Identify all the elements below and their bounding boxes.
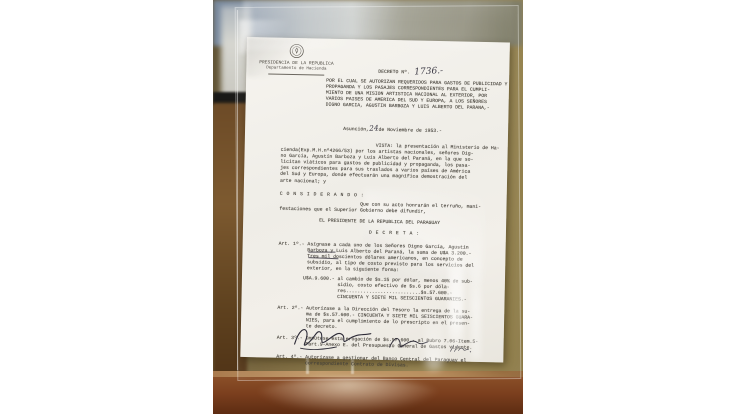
decree-document: PRESIDENCIA DE LA REPUBLICA Departamento… [240, 37, 510, 362]
signature-left-icon [290, 322, 377, 354]
decree-number-handwritten: 1736.- [414, 66, 443, 77]
signature-right-icon [386, 334, 430, 353]
decree-label: DECRETO Nº. [378, 70, 410, 77]
handwritten-strike [309, 252, 336, 253]
date-post: de Noviembre de 1953.- [378, 128, 441, 134]
place-date-line: Asunción,24de Noviembre de 1953.- [343, 117, 505, 138]
paper-reflection-on-wood [253, 378, 443, 414]
acrylic-frame-edge [237, 10, 238, 370]
letterhead-line2: Departamento de Hacienda [254, 66, 338, 73]
handwritten-initials-icon [448, 343, 472, 354]
date-day-handwritten: 24 [369, 124, 379, 133]
article-1: Art. 1º.- Asígnase a cada uno de los Señ… [278, 242, 503, 277]
photograph: PRESIDENCIA DE LA REPUBLICA Departamento… [213, 0, 523, 414]
vista-paragraph: VISTA: la presentación al Ministerio de … [280, 142, 505, 189]
decree-title: POR EL CUAL SE AUTORIZAN REQUERIDOS PARA… [326, 79, 507, 113]
page: { "photo": { "subject": "framed-typewrit… [0, 0, 736, 414]
amount-block: U$A.9.600.- al cambio de $s.15 por dólar… [302, 276, 501, 304]
considerando-paragraph: Que con su acto honrarán el terruño, man… [279, 200, 503, 217]
decree-number-row: DECRETO Nº. 1736.- [378, 66, 443, 77]
letterhead: PRESIDENCIA DE LA REPUBLICA Departamento… [254, 42, 339, 75]
date-pre: Asunción, [343, 127, 369, 133]
coat-of-arms-seal-icon [289, 43, 305, 59]
decreta-heading: D E C R E T A : [369, 230, 503, 239]
president-line: EL PRESIDENTE DE LA REPUBLICA DEL PARAGU… [319, 218, 503, 228]
